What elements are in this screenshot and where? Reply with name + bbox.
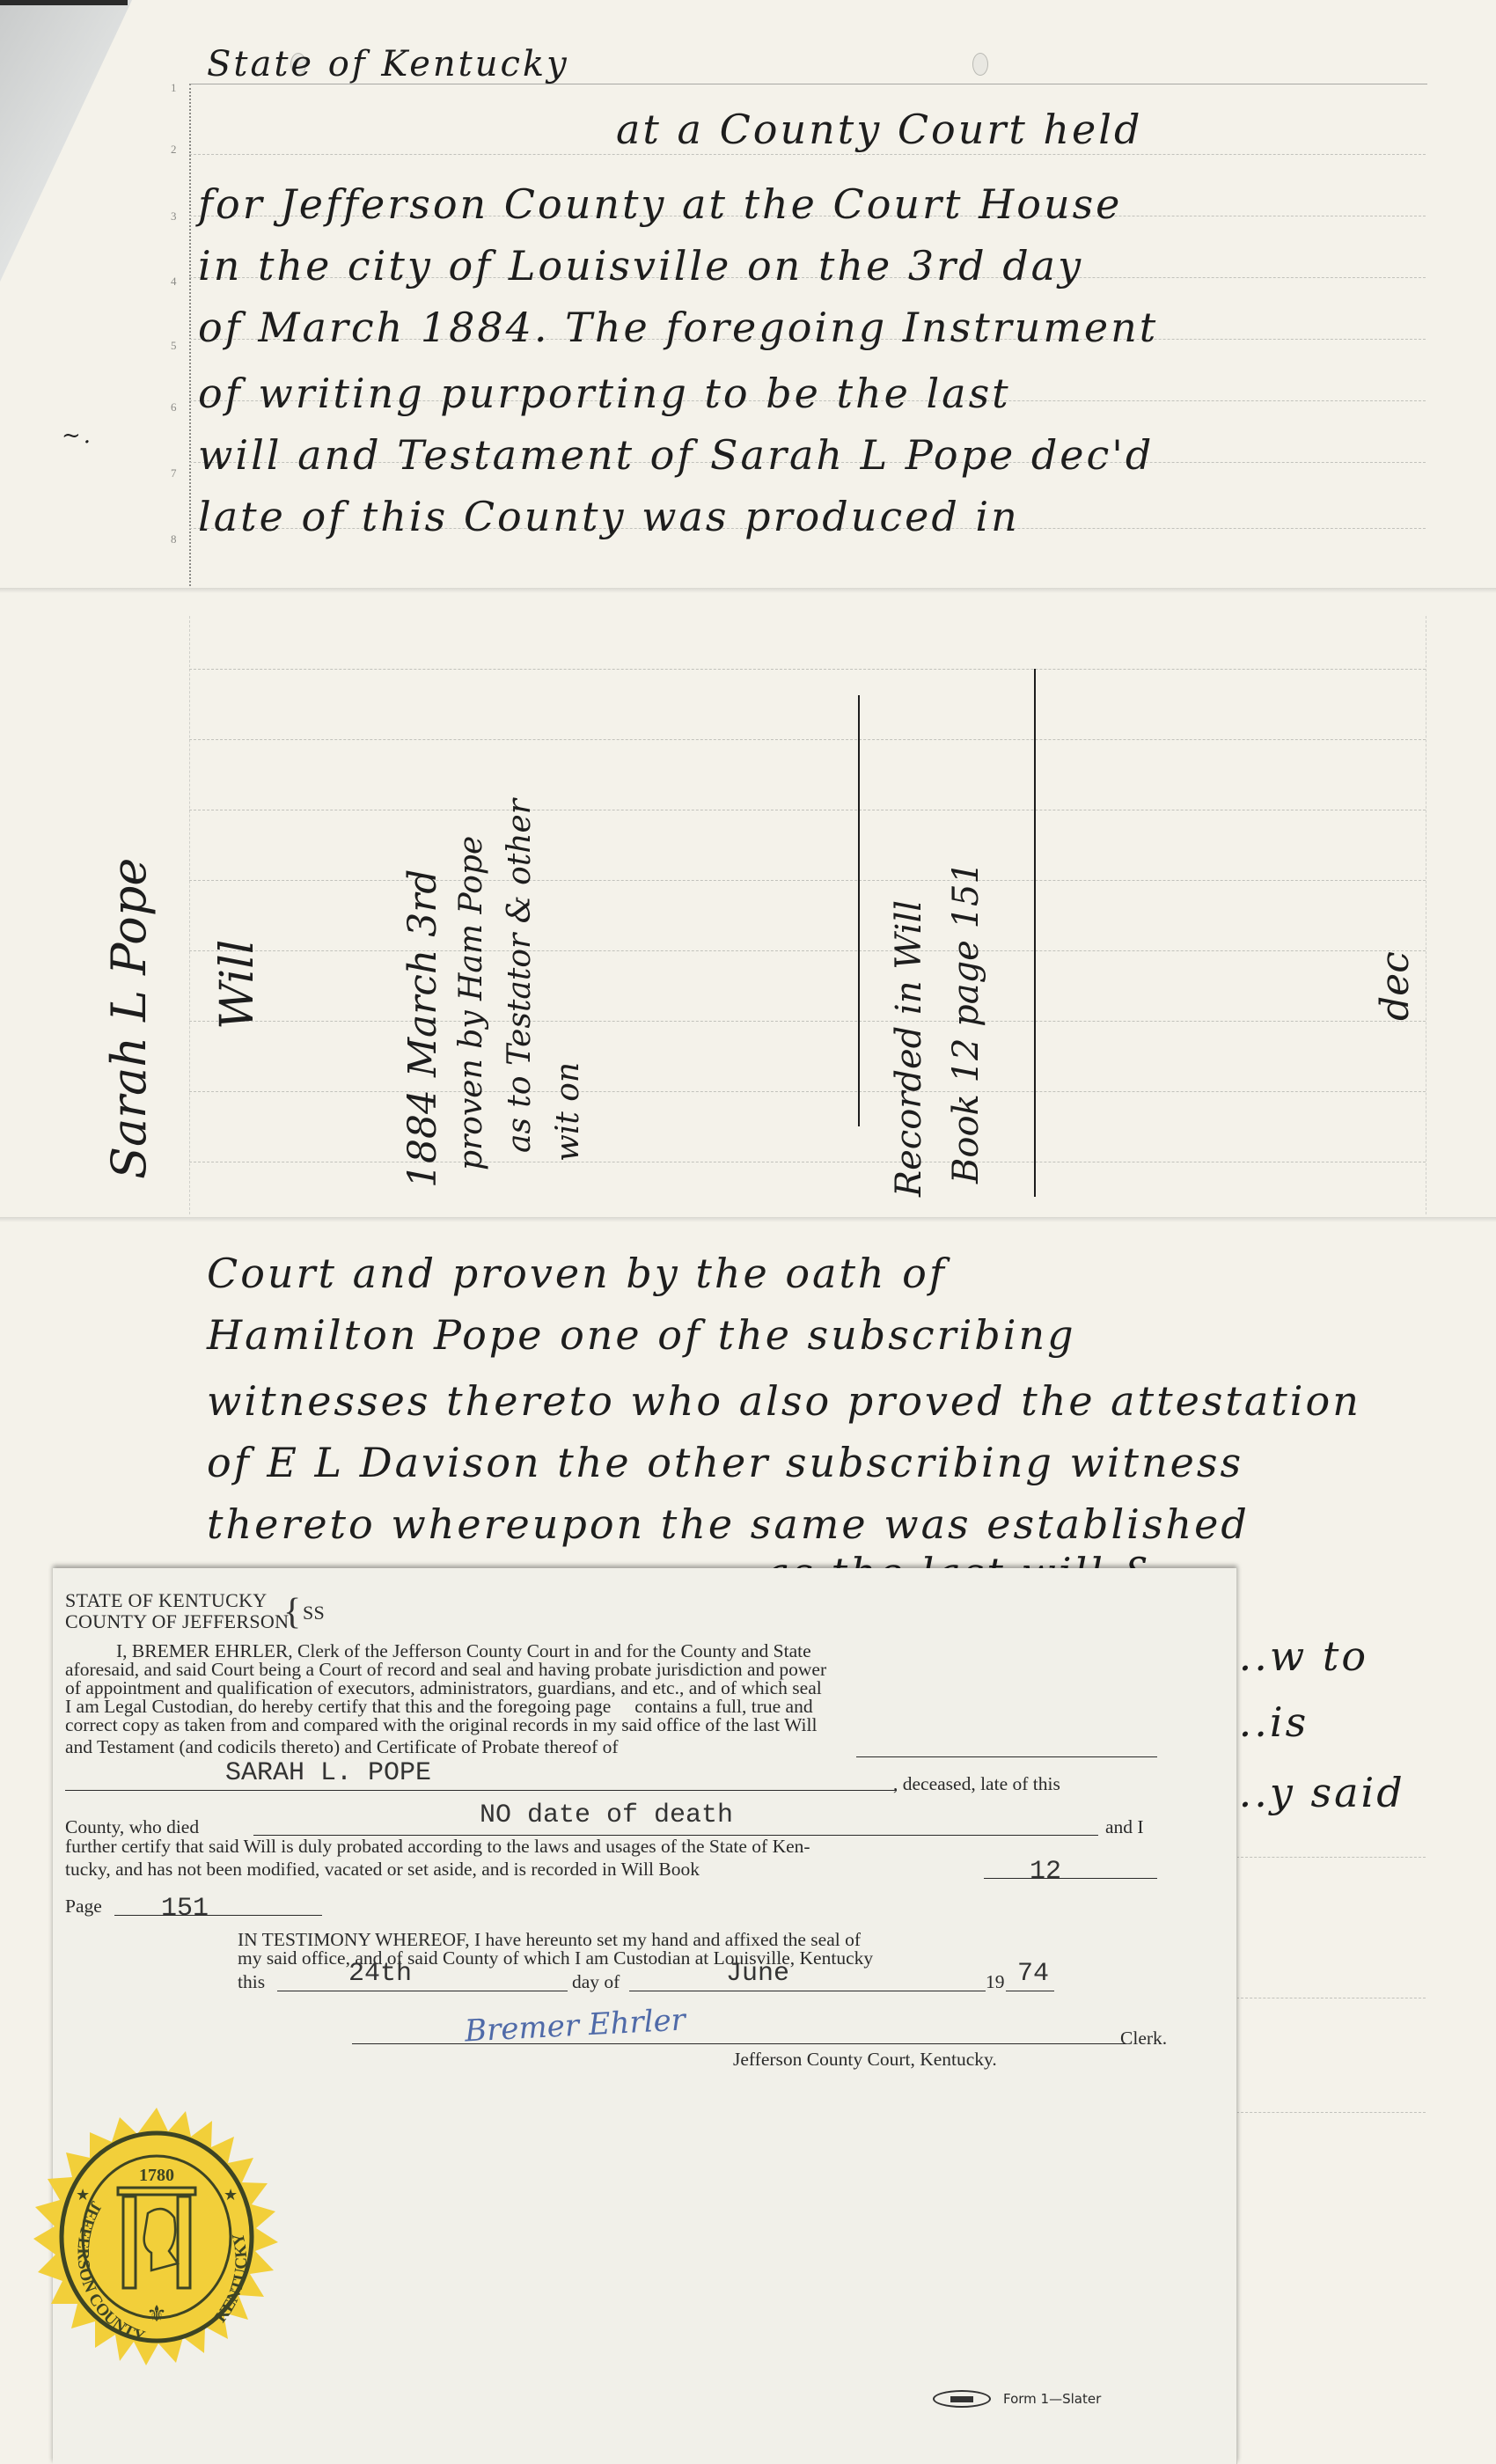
- fill-line: [1006, 1991, 1054, 1991]
- margin-mark: ~.: [62, 422, 93, 449]
- column-rule: [1426, 616, 1426, 1214]
- bracket: [858, 695, 860, 1126]
- record-line: for Jefferson County at the Court House: [198, 180, 1122, 228]
- decedent-name-field: SARAH L. POPE: [225, 1758, 431, 1788]
- rule-line: [1236, 1998, 1426, 1998]
- column-rule: [189, 616, 190, 1214]
- scan-edge: [0, 0, 128, 5]
- record-line: late of this County was produced in: [198, 493, 1020, 540]
- continuation-line: Hamilton Pope one of the subscribing: [207, 1311, 1076, 1359]
- rule-line: [1236, 1857, 1426, 1858]
- svg-text:★: ★: [224, 2186, 238, 2204]
- continuation-line: of E L Davison the other subscribing wit…: [207, 1439, 1243, 1486]
- right-fragment: ...y said: [1223, 1769, 1405, 1816]
- line-number: 2: [171, 143, 177, 157]
- svg-text:1780: 1780: [139, 2166, 174, 2185]
- page-fold: [0, 1217, 1496, 1222]
- month-field: June: [726, 1959, 789, 1989]
- testimony-text: IN TESTIMONY WHEREOF, I have hereunto se…: [238, 1931, 861, 1949]
- record-line: will and Testament of Sarah L Pope dec'd: [198, 431, 1154, 479]
- clerk-signature: Bremer Ehrler: [464, 2002, 686, 2049]
- cert-paragraph: I am Legal Custodian, do hereby certify …: [65, 1698, 813, 1716]
- form-label: Form 1—Slater: [1003, 2391, 1101, 2407]
- record-heading: State of Kentucky: [207, 44, 569, 84]
- cert-paragraph: aforesaid, and said Court being a Court …: [65, 1661, 826, 1679]
- line-number: 8: [171, 532, 177, 546]
- cert-county: COUNTY OF JEFFERSON: [65, 1612, 289, 1631]
- rule-line: [189, 810, 1426, 810]
- cert-label: Page: [65, 1897, 102, 1916]
- docket-entry: wit on: [550, 1062, 586, 1162]
- cert-ss: SS: [303, 1603, 325, 1622]
- date-of-death-field: NO date of death: [480, 1800, 733, 1830]
- signature-line: [352, 2043, 1126, 2044]
- cert-paragraph: further certify that said Will is duly p…: [65, 1837, 810, 1856]
- bracket: [1034, 669, 1036, 1197]
- union-label-icon: [933, 2390, 991, 2408]
- docket-entry: as to Testator & other: [502, 799, 538, 1153]
- continuation-line: witnesses thereto who also proved the at…: [207, 1377, 1361, 1425]
- county-seal-icon: 1780 ⚜ ★ ★ JEFFERSON COUNTY KENTUCKY: [25, 2103, 289, 2367]
- continuation-line: thereto whereupon the same was establish…: [207, 1500, 1250, 1548]
- cert-paragraph: correct copy as taken from and compared …: [65, 1716, 817, 1734]
- binder-hole: [972, 53, 988, 76]
- record-line: at a County Court held: [616, 106, 1142, 153]
- rule-line: [189, 950, 1426, 951]
- clerk-mark: dec: [1373, 951, 1418, 1021]
- rule-line: [1236, 2112, 1426, 2113]
- cert-paragraph: I, BREMER EHRLER, Clerk of the Jefferson…: [116, 1642, 1157, 1661]
- docket-entry: 1884 March 3rd: [400, 869, 445, 1188]
- cert-paragraph: tucky, and has not been modified, vacate…: [65, 1860, 700, 1879]
- rule-line: [189, 1021, 1426, 1022]
- page-number-field: 151: [161, 1894, 209, 1924]
- cert-label: and I: [1105, 1818, 1144, 1837]
- docket-type: Will: [211, 940, 264, 1030]
- recorded-note: Book 12 page 151: [946, 862, 986, 1184]
- court-label: Jefferson County Court, Kentucky.: [733, 2050, 997, 2069]
- cert-label: 19: [986, 1973, 1005, 1991]
- cert-label: day of: [572, 1973, 620, 1991]
- fill-line: [629, 1991, 986, 1991]
- line-number: 3: [171, 209, 177, 224]
- cert-state: STATE OF KENTUCKY: [65, 1591, 267, 1610]
- rule-line: [189, 669, 1426, 670]
- brace: {: [283, 1593, 301, 1632]
- fill-line: [114, 1915, 322, 1916]
- line-number: 1: [171, 81, 177, 95]
- right-fragment: ...w to: [1223, 1632, 1368, 1680]
- line-number: 7: [171, 466, 177, 480]
- rule-line: [189, 1091, 1426, 1092]
- year-field: 74: [1017, 1959, 1049, 1989]
- cert-label: this: [238, 1973, 265, 1991]
- continuation-line: Court and proven by the oath of: [207, 1250, 947, 1297]
- cert-label: County, who died: [65, 1818, 199, 1837]
- fill-line: [856, 1756, 1157, 1757]
- clerk-label: Clerk.: [1120, 2029, 1167, 2048]
- will-book-field: 12: [1030, 1857, 1061, 1887]
- cert-paragraph: and Testament (and codicils thereto) and…: [65, 1738, 619, 1756]
- record-line: of writing purporting to be the last: [198, 370, 1011, 417]
- line-number: 6: [171, 400, 177, 414]
- form-footer: Form 1—Slater: [933, 2390, 1101, 2408]
- fill-line: [984, 1878, 1157, 1879]
- svg-text:⚜: ⚜: [146, 2301, 166, 2328]
- fill-line: [277, 1991, 568, 1991]
- page-fold: [0, 588, 1496, 593]
- cert-paragraph: of appointment and qualification of exec…: [65, 1679, 822, 1698]
- line-number: 4: [171, 275, 177, 289]
- rule-line: [189, 1162, 1426, 1162]
- rule-line: [189, 154, 1426, 155]
- cert-paragraph: , deceased, late of this: [893, 1775, 1060, 1793]
- fill-line: [65, 1790, 897, 1791]
- docket-entry: proven by Ham Pope: [453, 836, 489, 1170]
- recorded-note: Recorded in Will: [889, 900, 929, 1197]
- record-line: of March 1884. The foregoing Instrument: [198, 304, 1158, 351]
- line-number: 5: [171, 339, 177, 353]
- record-line: in the city of Louisville on the 3rd day: [198, 242, 1083, 290]
- rule-line: [189, 739, 1426, 740]
- rule-line: [189, 880, 1426, 881]
- day-field: 24th: [348, 1959, 412, 1989]
- docket-name: Sarah L Pope: [101, 858, 157, 1179]
